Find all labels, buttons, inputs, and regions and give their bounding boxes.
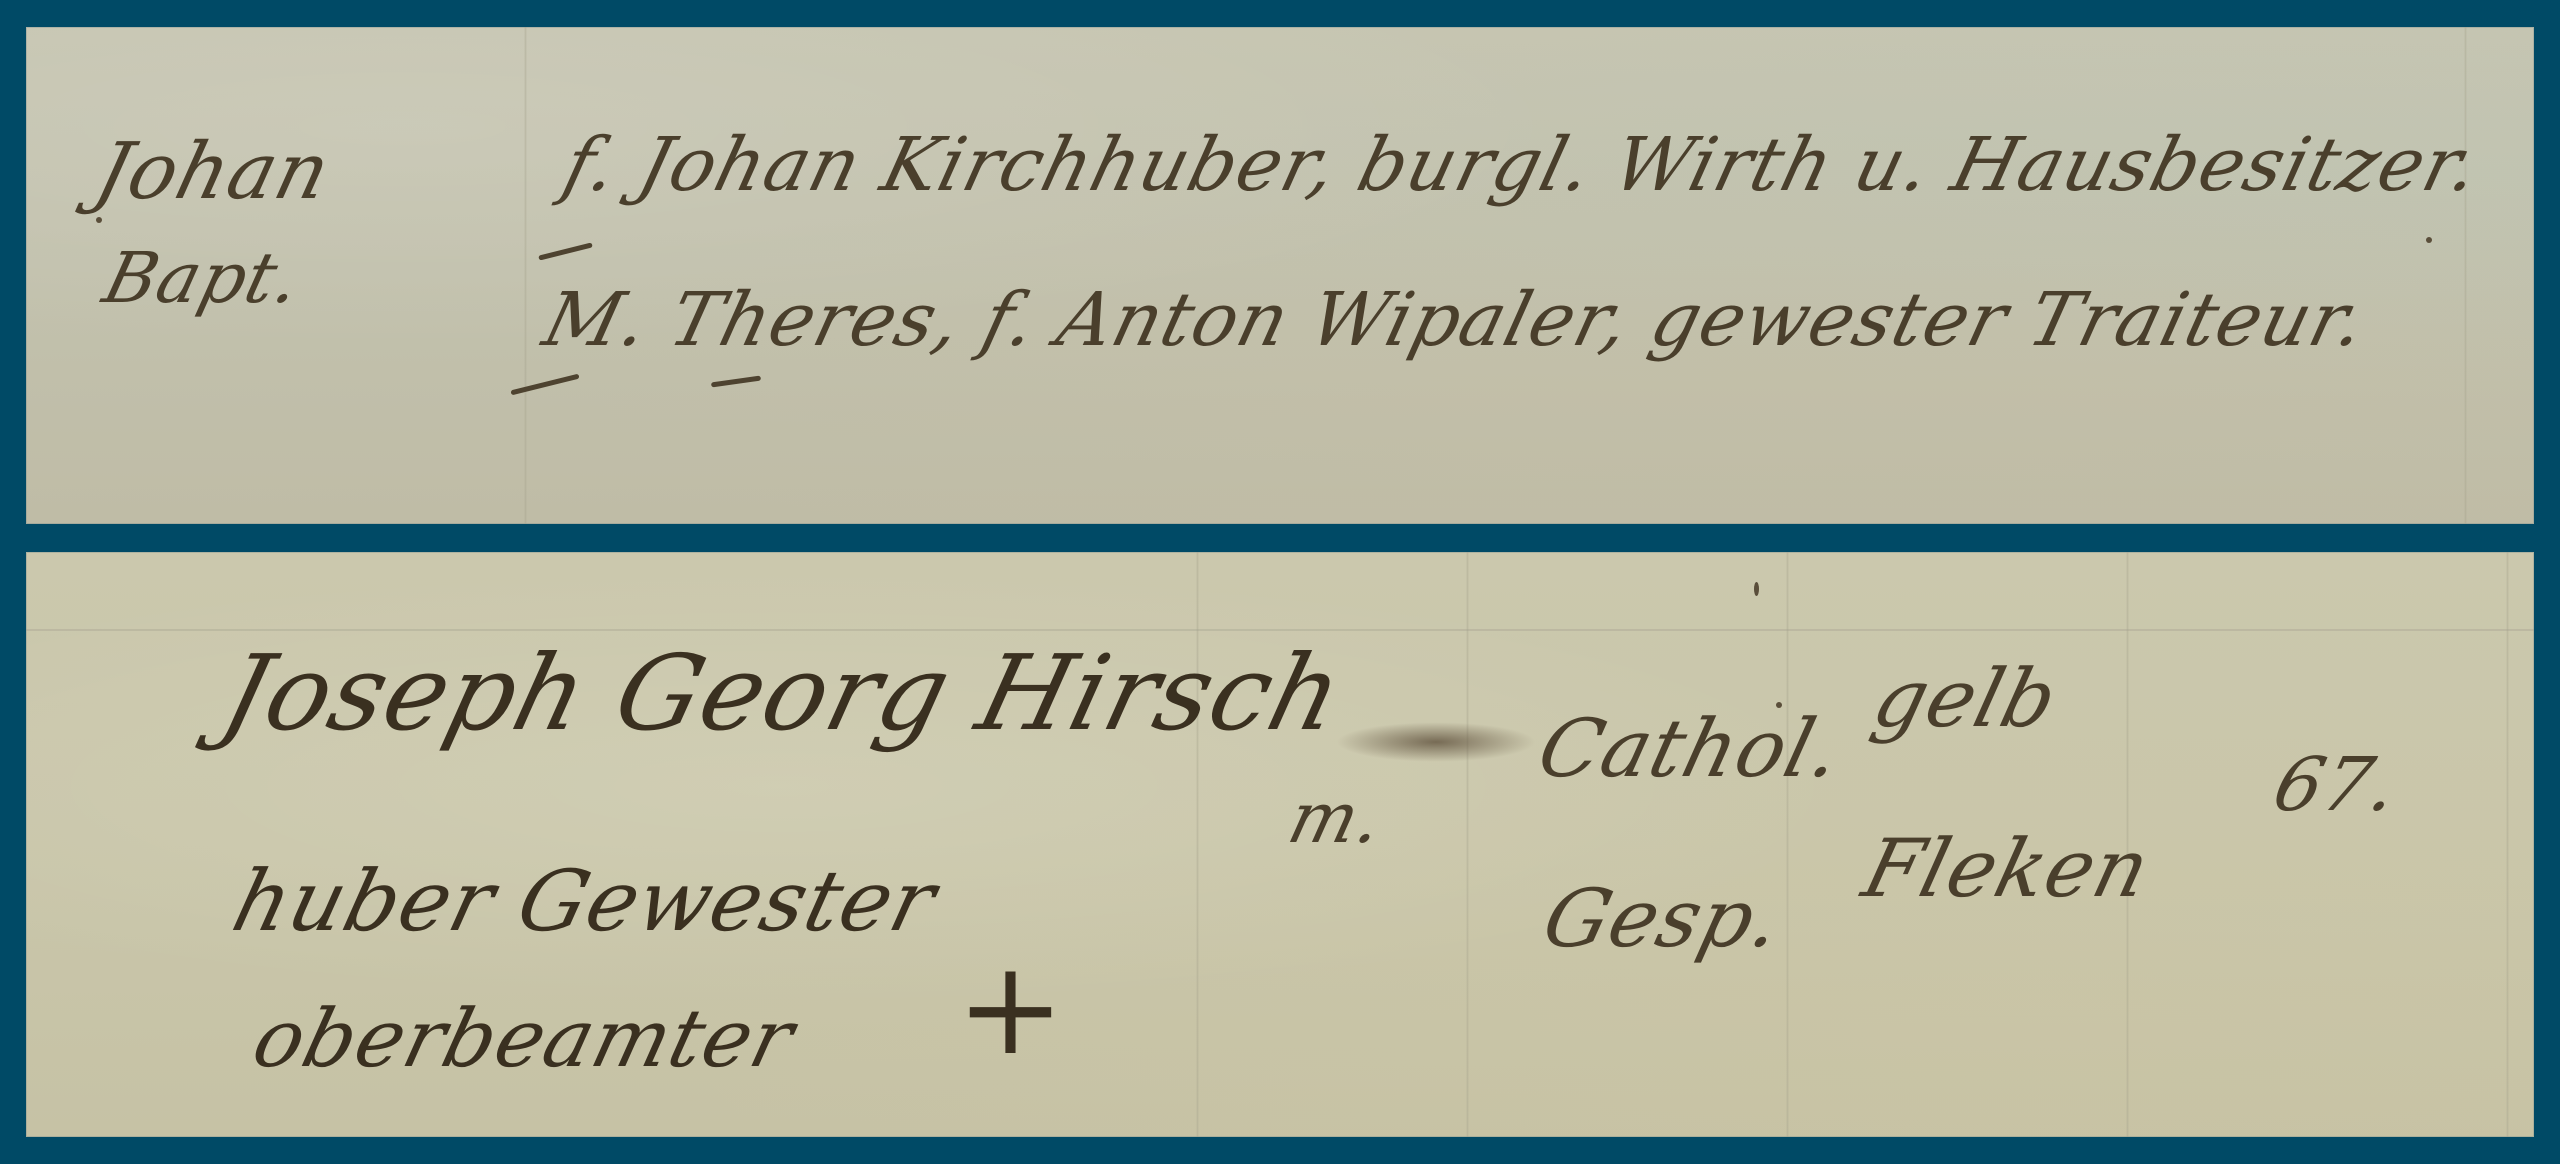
- father-line: f. Johan Kirchhuber, burgl. Wirth u. Hau…: [555, 122, 2488, 208]
- ink-smudge: [1336, 722, 1536, 762]
- deceased-name-line2: huber Gewester: [224, 852, 946, 950]
- underline-mark: [538, 242, 593, 260]
- underline-mark: [711, 376, 761, 388]
- age-column: 67.: [2265, 742, 2407, 828]
- cause-column-line1: gelb: [1864, 652, 2067, 745]
- ink-speck: [1754, 582, 1759, 596]
- left-column-baptized: Bapt.: [96, 237, 310, 319]
- cause-column-line2: Fleken: [1854, 822, 2159, 915]
- ruled-line-horizontal: [26, 629, 2534, 631]
- ruled-line: [1466, 552, 1469, 1137]
- ink-speck: [96, 217, 102, 223]
- top-document-scan: Johan Bapt. f. Johan Kirchhuber, burgl. …: [26, 27, 2534, 524]
- ruled-line: [2506, 552, 2509, 1137]
- ink-speck: [2426, 237, 2432, 243]
- ruled-line: [2464, 27, 2467, 524]
- mother-line: M. Theres, f. Anton Wipaler, gewester Tr…: [535, 277, 2374, 363]
- bottom-document-scan: Joseph Georg Hirsch huber Gewester oberb…: [26, 552, 2534, 1137]
- left-column-name: Johan: [87, 127, 340, 217]
- ruled-line: [1786, 552, 1789, 1137]
- religion-column-line1: Cathol.: [1529, 702, 1851, 795]
- underline-mark: [510, 374, 579, 396]
- ruled-line: [524, 27, 527, 524]
- deceased-name-line1: Joseph Georg Hirsch: [211, 632, 1355, 754]
- death-cross-mark: +: [956, 932, 1066, 1084]
- ink-speck: [1776, 702, 1782, 708]
- sex-column: m.: [1281, 777, 1392, 859]
- religion-column-line2: Gesp.: [1534, 872, 1791, 965]
- deceased-occupation: oberbeamter: [244, 992, 803, 1085]
